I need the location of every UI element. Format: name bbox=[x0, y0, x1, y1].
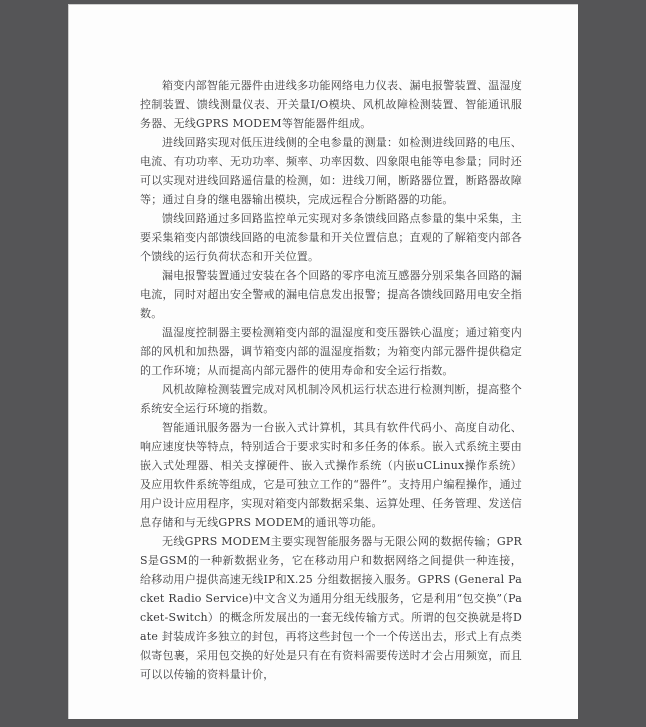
paragraph-incoming-circuit: 进线回路实现对低压进线侧的全电参量的测量：如检测进线回路的电压、电流、有功功率、… bbox=[140, 133, 522, 209]
paragraph-fan-fault-detection: 风机故障检测装置完成对风机制冷风机运行状态进行检测判断，提高整个系统安全运行环境… bbox=[140, 380, 522, 418]
document-text-block: 箱变内部智能元器件由进线多功能网络电力仪表、漏电报警装置、温湿度控制装置、馈线测… bbox=[140, 76, 522, 684]
paragraph-smart-components: 箱变内部智能元器件由进线多功能网络电力仪表、漏电报警装置、温湿度控制装置、馈线测… bbox=[140, 76, 522, 133]
paragraph-leakage-alarm: 漏电报警装置通过安装在各个回路的零序电流互感器分别采集各回路的漏电流，同时对超出… bbox=[140, 266, 522, 323]
document-viewer-background[interactable]: 箱变内部智能元器件由进线多功能网络电力仪表、漏电报警装置、温湿度控制装置、馈线测… bbox=[0, 0, 646, 727]
paragraph-wireless-gprs-modem: 无线GPRS MODEM主要实现智能服务器与无限公网的数据传输；GPRS是GSM… bbox=[140, 532, 522, 684]
paragraph-temp-humidity-controller: 温湿度控制器主要检测箱变内部的温湿度和变压器铁心温度；通过箱变内部的风机和加热器… bbox=[140, 323, 522, 380]
paragraph-smart-comm-server: 智能通讯服务器为一台嵌入式计算机，其具有软件代码小、高度自动化、响应速度快等特点… bbox=[140, 418, 522, 532]
document-page: 箱变内部智能元器件由进线多功能网络电力仪表、漏电报警装置、温湿度控制装置、馈线测… bbox=[68, 4, 578, 719]
paragraph-feeder-circuit: 馈线回路通过多回路监控单元实现对多条馈线回路点参量的集中采集，主要采集箱变内部馈… bbox=[140, 209, 522, 266]
